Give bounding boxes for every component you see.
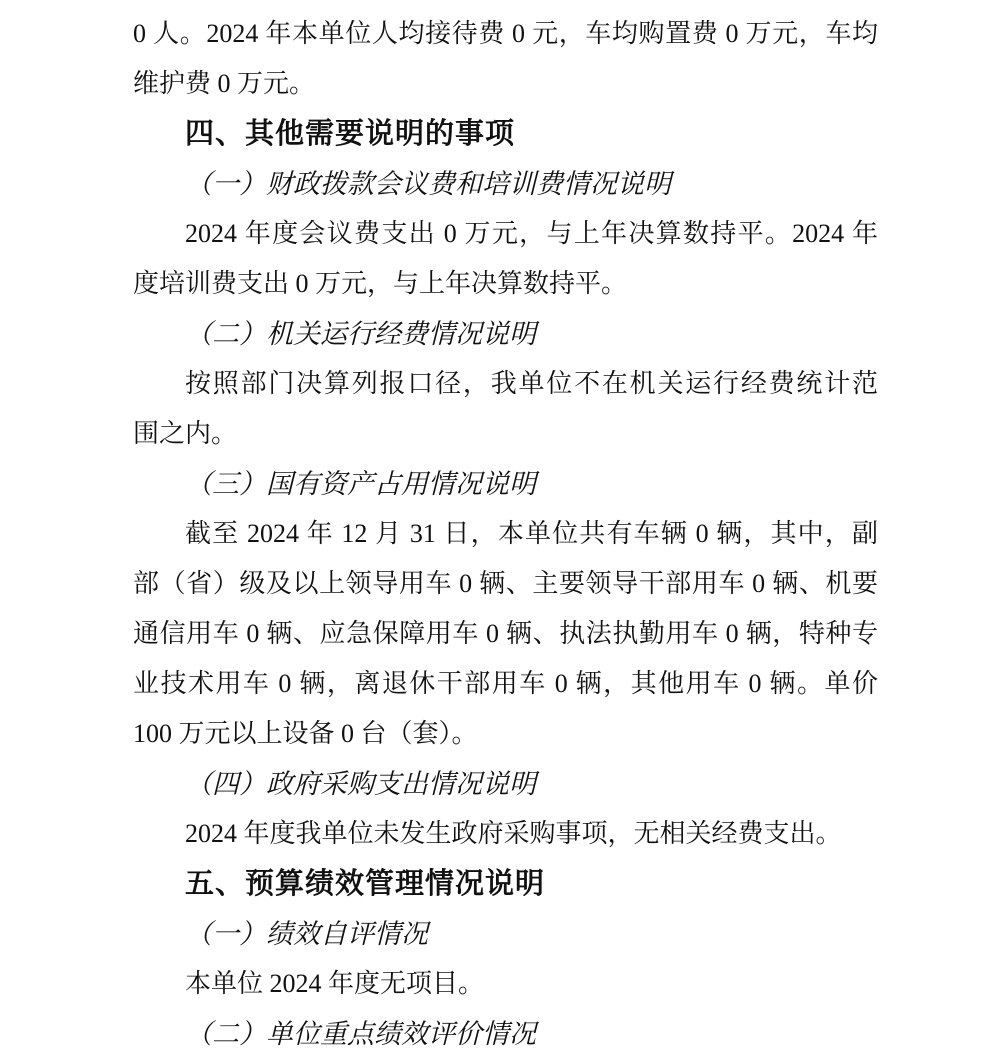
paragraph-line: 100 万元以上设备 0 台（套）。 xyxy=(133,709,878,759)
document-body: 0 人。2024 年本单位人均接待费 0 元，车均购置费 0 万元，车均维护费 … xyxy=(133,9,878,1059)
paragraph-line: 0 人。2024 年本单位人均接待费 0 元，车均购置费 0 万元，车均 xyxy=(133,9,878,59)
paragraph-line: 按照部门决算列报口径，我单位不在机关运行经费统计范 xyxy=(133,359,878,409)
paragraph-line: 围之内。 xyxy=(133,409,878,459)
section-heading: 四、其他需要说明的事项 xyxy=(133,109,878,159)
subsection-heading: （四）政府采购支出情况说明 xyxy=(133,759,878,809)
subsection-heading: （一）财政拨款会议费和培训费情况说明 xyxy=(133,159,878,209)
paragraph-line: 维护费 0 万元。 xyxy=(133,59,878,109)
paragraph-line: 2024 年度我单位未发生政府采购事项，无相关经费支出。 xyxy=(133,809,878,859)
paragraph-line: 度培训费支出 0 万元，与上年决算数持平。 xyxy=(133,259,878,309)
subsection-heading: （一）绩效自评情况 xyxy=(133,909,878,959)
paragraph-line: 部（省）级及以上领导用车 0 辆、主要领导干部用车 0 辆、机要 xyxy=(133,559,878,609)
paragraph-line: 通信用车 0 辆、应急保障用车 0 辆、执法执勤用车 0 辆，特种专 xyxy=(133,609,878,659)
paragraph-line: 2024 年度会议费支出 0 万元，与上年决算数持平。2024 年 xyxy=(133,209,878,259)
subsection-heading: （三）国有资产占用情况说明 xyxy=(133,459,878,509)
paragraph-line: 业技术用车 0 辆，离退休干部用车 0 辆，其他用车 0 辆。单价 xyxy=(133,659,878,709)
document-page: 0 人。2024 年本单位人均接待费 0 元，车均购置费 0 万元，车均维护费 … xyxy=(0,0,1000,1059)
paragraph-line: 截至 2024 年 12 月 31 日，本单位共有车辆 0 辆，其中，副 xyxy=(133,509,878,559)
paragraph-line: 本单位 2024 年度无项目。 xyxy=(133,959,878,1009)
subsection-heading: （二）单位重点绩效评价情况 xyxy=(133,1009,878,1059)
subsection-heading: （二）机关运行经费情况说明 xyxy=(133,309,878,359)
section-heading: 五、预算绩效管理情况说明 xyxy=(133,859,878,909)
